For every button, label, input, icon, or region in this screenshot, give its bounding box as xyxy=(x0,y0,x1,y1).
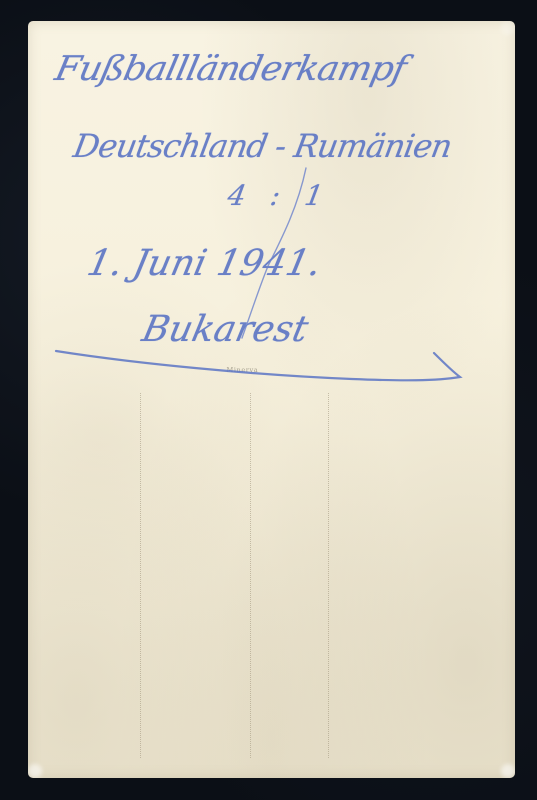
ink-slash-stroke xyxy=(228,166,348,341)
ink-underline-swash xyxy=(52,341,472,391)
worn-corner-top-right xyxy=(501,21,515,35)
worn-corner-bottom-right xyxy=(501,764,515,778)
handwritten-title: Fußballländerkampf xyxy=(51,49,409,89)
handwritten-teams: Deutschland - Rumänien xyxy=(71,127,455,165)
worn-corner-bottom-left xyxy=(28,764,42,778)
postcard-back: Minerva Fußballländerkampf Deutschland -… xyxy=(28,21,515,778)
address-divider-line-1 xyxy=(140,393,141,758)
address-divider-line-2 xyxy=(250,393,251,758)
address-divider-line-3 xyxy=(328,393,329,758)
